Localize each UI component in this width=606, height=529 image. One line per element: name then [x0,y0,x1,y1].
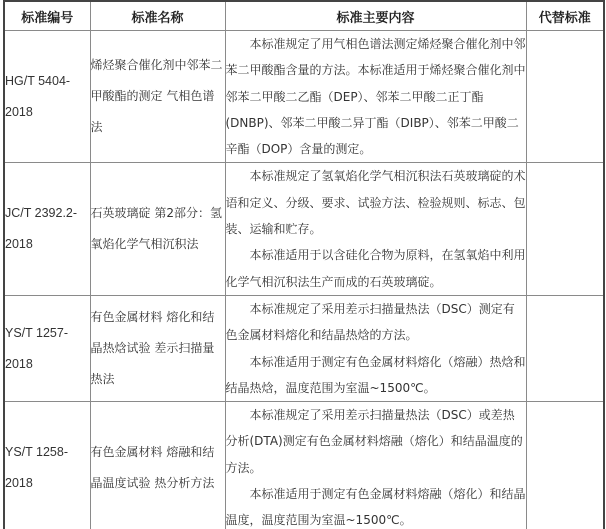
standard-code: YS/T 1258-2018 [4,402,90,529]
replaced-standard [526,295,604,401]
replaced-standard [526,31,604,163]
content-paragraph: 本标准适用于测定有色金属材料熔化（熔融）热焓和结晶热焓，温度范围为室温~1500… [226,349,526,402]
header-row: 标准编号 标准名称 标准主要内容 代替标准 [4,1,604,31]
content-paragraph: 本标准适用于以含硅化合物为原料，在氢氧焰中利用化学气相沉积法生产而成的石英玻璃碇… [226,242,526,295]
standard-content: 本标准规定了采用差示扫描量热法（DSC）或差热分析(DTA)测定有色金属材料熔融… [225,402,526,529]
table-row: HG/T 5404-2018 烯烃聚合催化剂中邻苯二甲酸酯的测定 气相色谱法 本… [4,31,604,163]
content-paragraph: 本标准适用于测定有色金属材料熔融（熔化）和结晶温度，温度范围为室温~1500℃。 [226,481,526,529]
table-row: YS/T 1257-2018 有色金属材料 熔化和结晶热焓试验 差示扫描量热法 … [4,295,604,401]
standards-table: 标准编号 标准名称 标准主要内容 代替标准 HG/T 5404-2018 烯烃聚… [3,0,605,529]
standard-code: JC/T 2392.2-2018 [4,163,90,295]
standard-content: 本标准规定了氢氧焰化学气相沉积法石英玻璃碇的术语和定义、分级、要求、试验方法、检… [225,163,526,295]
content-paragraph: 本标准规定了采用差示扫描量热法（DSC）测定有色金属材料熔化和结晶热焓的方法。 [226,296,526,349]
header-replaces: 代替标准 [526,1,604,31]
table-row: JC/T 2392.2-2018 石英玻璃碇 第2部分：氢氧焰化学气相沉积法 本… [4,163,604,295]
standard-name: 有色金属材料 熔融和结晶温度试验 热分析方法 [90,402,225,529]
standard-name: 有色金属材料 熔化和结晶热焓试验 差示扫描量热法 [90,295,225,401]
standard-code: HG/T 5404-2018 [4,31,90,163]
replaced-standard [526,163,604,295]
standard-content: 本标准规定了采用差示扫描量热法（DSC）测定有色金属材料熔化和结晶热焓的方法。 … [225,295,526,401]
standard-name: 石英玻璃碇 第2部分：氢氧焰化学气相沉积法 [90,163,225,295]
header-standard-name: 标准名称 [90,1,225,31]
content-paragraph: 本标准规定了用气相色谱法测定烯烃聚合催化剂中邻苯二甲酸酯含量的方法。本标准适用于… [226,31,526,162]
content-paragraph: 本标准规定了采用差示扫描量热法（DSC）或差热分析(DTA)测定有色金属材料熔融… [226,402,526,481]
content-paragraph: 本标准规定了氢氧焰化学气相沉积法石英玻璃碇的术语和定义、分级、要求、试验方法、检… [226,163,526,242]
standard-name: 烯烃聚合催化剂中邻苯二甲酸酯的测定 气相色谱法 [90,31,225,163]
header-standard-code: 标准编号 [4,1,90,31]
standard-content: 本标准规定了用气相色谱法测定烯烃聚合催化剂中邻苯二甲酸酯含量的方法。本标准适用于… [225,31,526,163]
header-main-content: 标准主要内容 [225,1,526,31]
replaced-standard [526,402,604,529]
table-row: YS/T 1258-2018 有色金属材料 熔融和结晶温度试验 热分析方法 本标… [4,402,604,529]
standard-code: YS/T 1257-2018 [4,295,90,401]
